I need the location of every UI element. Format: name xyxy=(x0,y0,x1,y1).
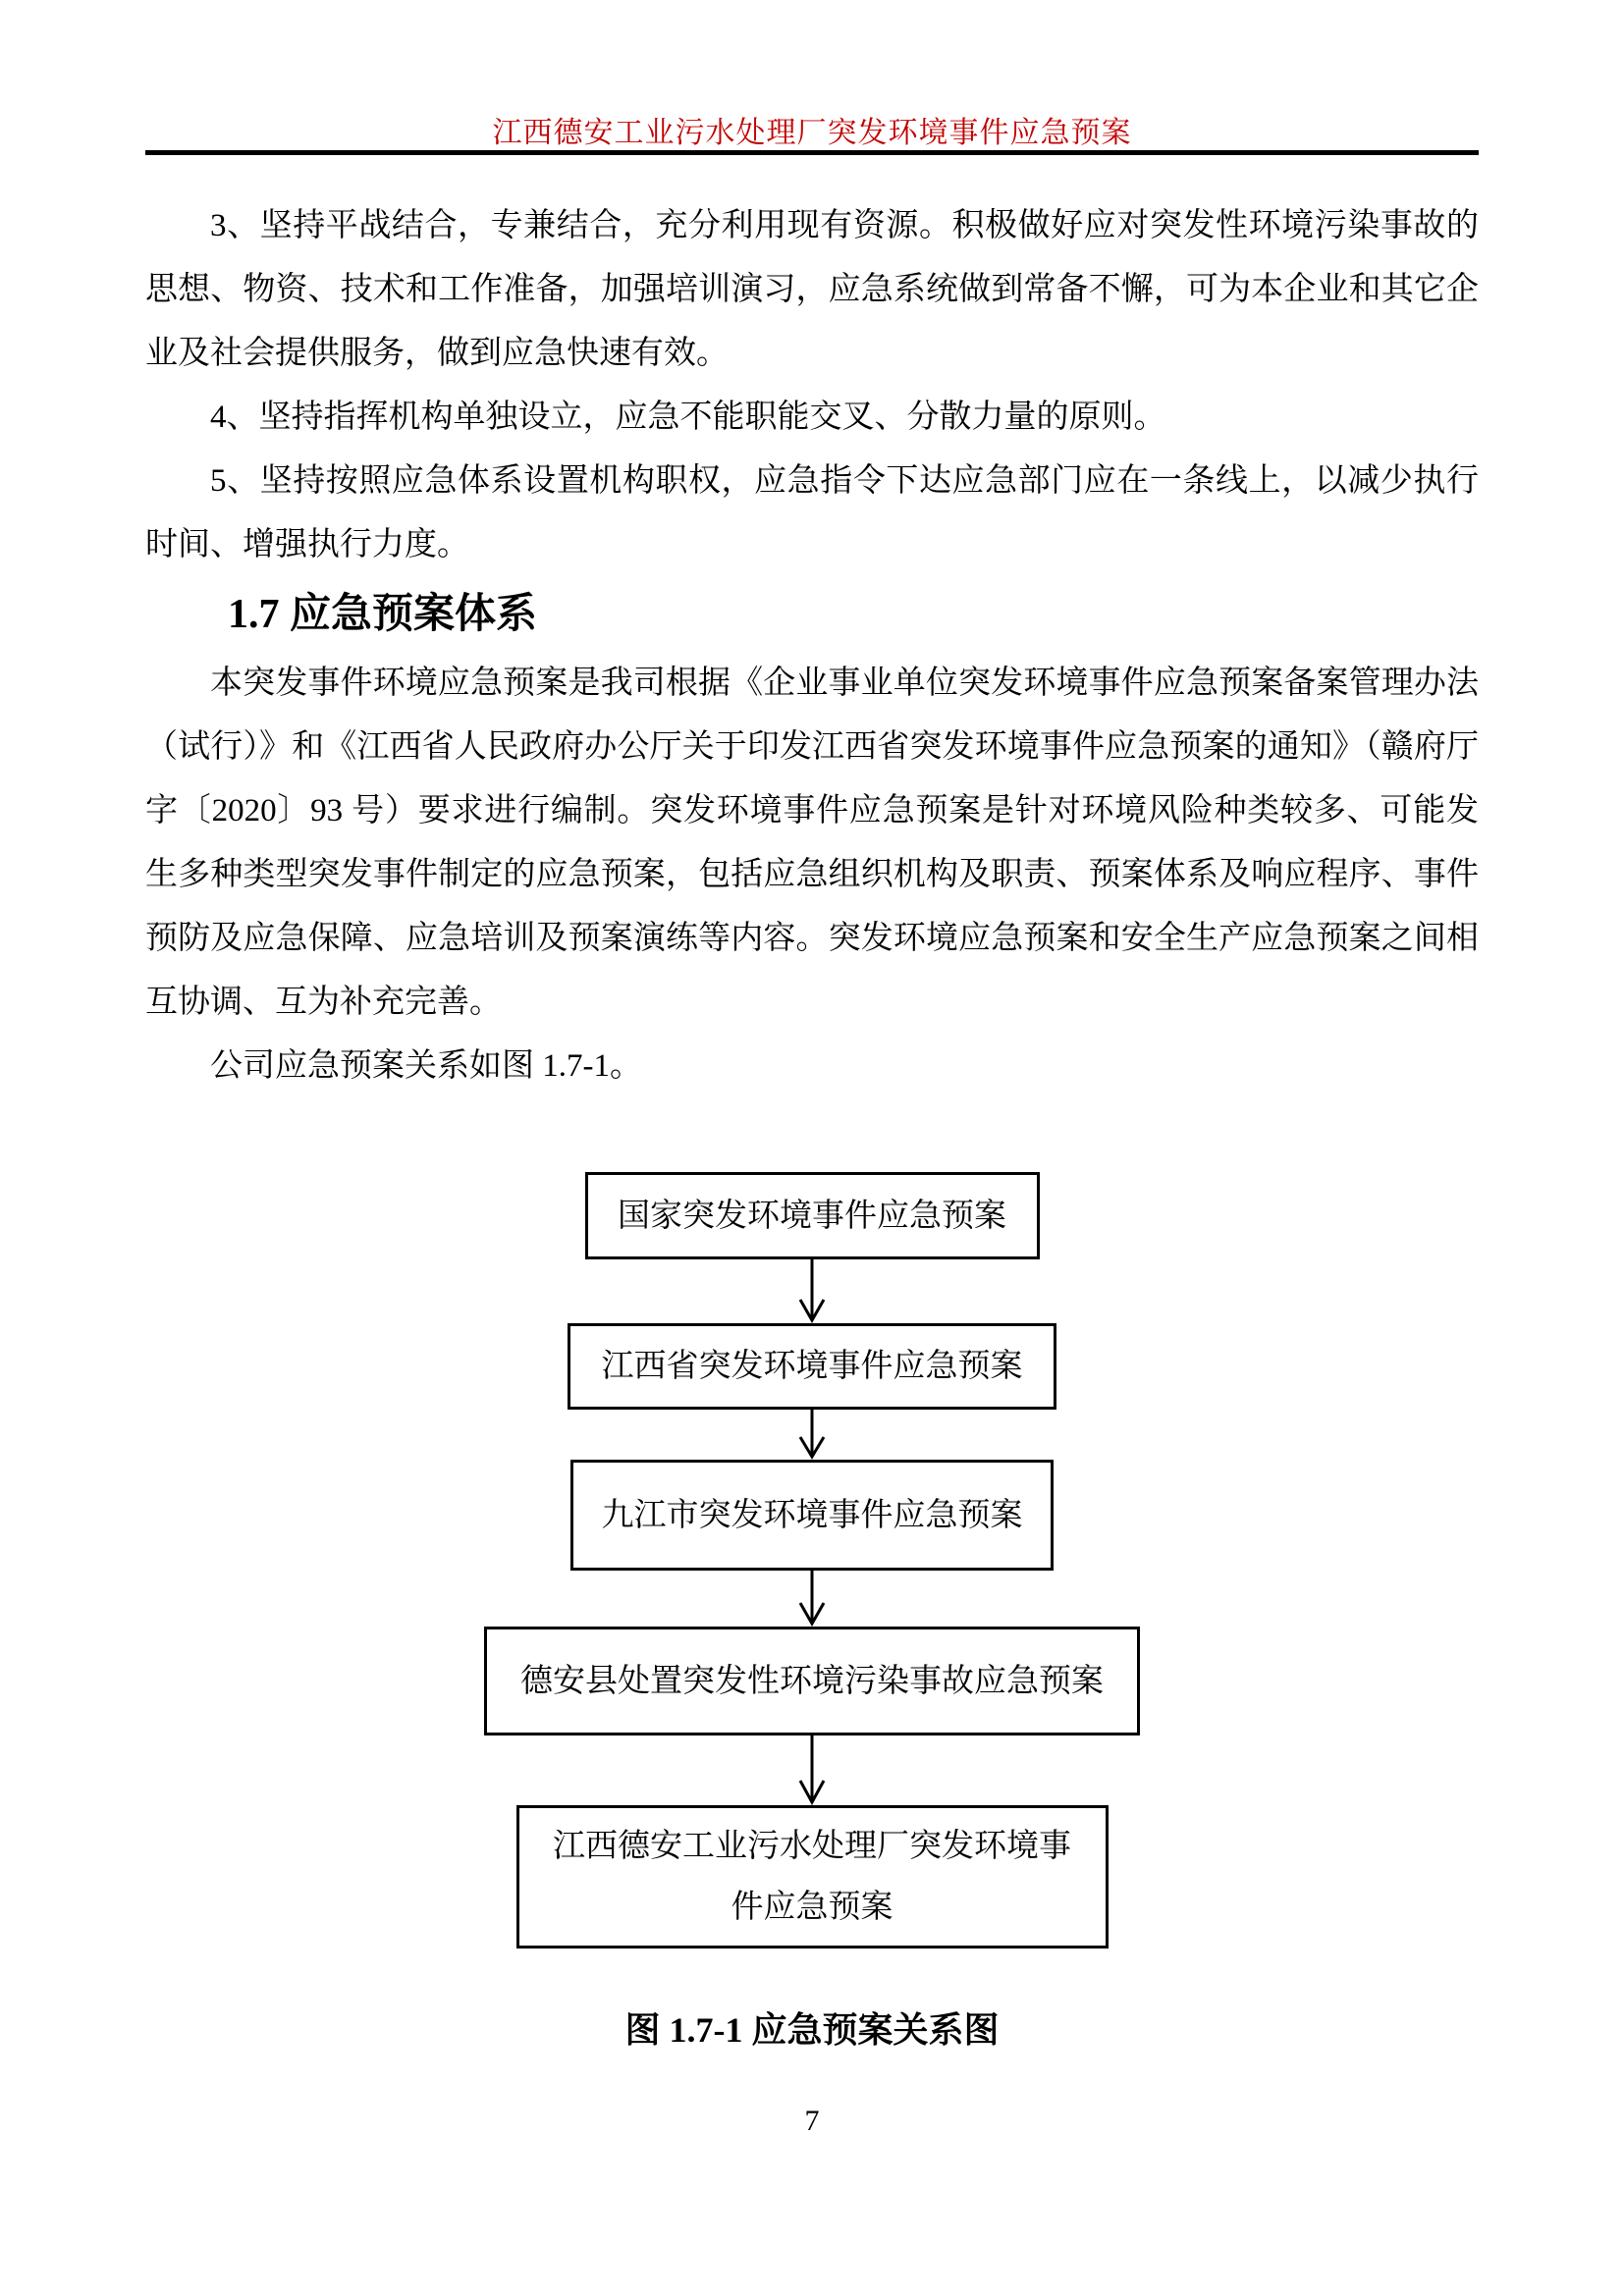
figure-caption: 图 1.7-1 应急预案关系图 xyxy=(145,2002,1479,2053)
page-header-title: 江西德安工业污水处理厂突发环境事件应急预案 xyxy=(145,108,1479,151)
document-page: 江西德安工业污水处理厂突发环境事件应急预案 3、坚持平战结合，专兼结合，充分利用… xyxy=(0,0,1624,2296)
flowchart-box-label: 九江市突发环境事件应急预案 xyxy=(602,1485,1023,1546)
arrow-down-icon xyxy=(790,1410,834,1460)
arrow-down-icon xyxy=(790,1571,834,1627)
flowchart-box-factory-plan: 江西德安工业污水处理厂突发环境事件应急预案 xyxy=(516,1805,1109,1949)
paragraph-plan-system: 本突发事件环境应急预案是我司根据《企业事业单位突发环境事件应急预案备案管理办法（… xyxy=(145,652,1479,1035)
flowchart-box-label: 德安县处置突发性环境污染事故应急预案 xyxy=(520,1651,1104,1712)
header-divider xyxy=(145,150,1479,155)
paragraph-figure-reference: 公司应急预案关系如图 1.7-1。 xyxy=(145,1035,1479,1098)
paragraph-item-4: 4、坚持指挥机构单独设立，应急不能职能交叉、分散力量的原则。 xyxy=(145,386,1479,450)
flowchart-box-city-plan: 九江市突发环境事件应急预案 xyxy=(570,1460,1054,1571)
flowchart-box-province-plan: 江西省突发环境事件应急预案 xyxy=(568,1323,1056,1410)
section-heading-1-7: 1.7 应急预案体系 xyxy=(145,579,1479,650)
flowchart-box-label: 江西省突发环境事件应急预案 xyxy=(602,1336,1023,1397)
arrow-down-icon xyxy=(790,1735,834,1805)
arrow-down-icon xyxy=(790,1259,834,1323)
flowchart-box-label: 江西德安工业污水处理厂突发环境事件应急预案 xyxy=(547,1816,1078,1938)
flowchart-box-national-plan: 国家突发环境事件应急预案 xyxy=(585,1172,1040,1259)
flowchart-box-label: 国家突发环境事件应急预案 xyxy=(618,1186,1006,1247)
plan-relationship-flowchart: 国家突发环境事件应急预案 江西省突发环境事件应急预案 九江市突发环境事件应急预案… xyxy=(0,1172,1624,1949)
flowchart-box-county-plan: 德安县处置突发性环境污染事故应急预案 xyxy=(484,1627,1140,1735)
page-number: 7 xyxy=(0,2105,1624,2138)
document-body: 3、坚持平战结合，专兼结合，充分利用现有资源。积极做好应对突发性环境污染事故的思… xyxy=(145,194,1479,1098)
paragraph-item-3: 3、坚持平战结合，专兼结合，充分利用现有资源。积极做好应对突发性环境污染事故的思… xyxy=(145,194,1479,386)
paragraph-item-5: 5、坚持按照应急体系设置机构职权，应急指令下达应急部门应在一条线上，以减少执行时… xyxy=(145,450,1479,577)
